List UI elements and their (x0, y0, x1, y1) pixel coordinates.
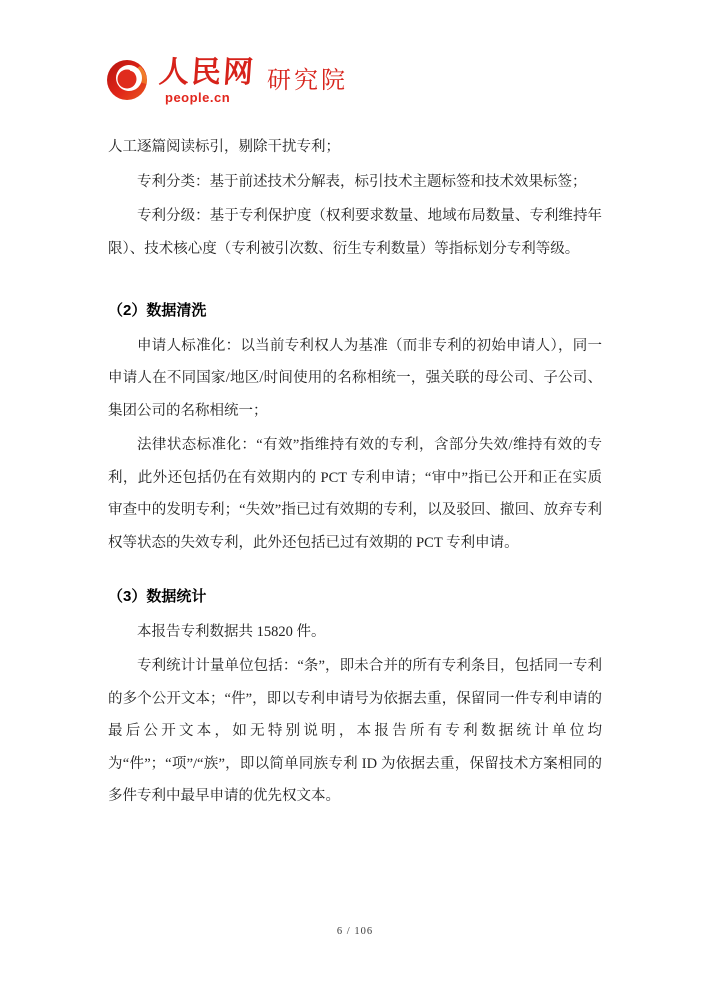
paragraph-legal-status-normalization: 法律状态标准化：“有效”指维持有效的专利，含部分失效/维持有效的专利，此外还包括… (108, 429, 602, 559)
paragraph-patent-classification: 专利分类：基于前述技术分解表，标引技术主题标签和技术效果标签； (108, 166, 602, 199)
people-cn-swirl-icon (106, 56, 152, 104)
paragraph-counting-units: 专利统计计量单位包括：“条”，即未合并的所有专利条目，包括同一专利的多个公开文本… (108, 650, 602, 813)
people-cn-logo: 人民网 people.cn 研究院 (106, 56, 348, 105)
brand-domain: people.cn (165, 90, 230, 105)
document-page: 人民网 people.cn 研究院 人工逐篇阅读标引，剔除干扰专利； 专利分类：… (0, 0, 710, 1004)
paragraph-applicant-normalization: 申请人标准化：以当前专利权人为基准（而非专利的初始申请人），同一申请人在不同国家… (108, 330, 602, 428)
page-number-indicator: 6 / 106 (0, 926, 710, 937)
document-body: 人工逐篇阅读标引，剔除干扰专利； 专利分类：基于前述技术分解表，标引技术主题标签… (108, 131, 602, 815)
paragraph-continuation: 人工逐篇阅读标引，剔除干扰专利； (108, 131, 602, 164)
section-heading-data-cleaning: （2）数据清洗 (108, 295, 602, 328)
section-heading-data-statistics: （3）数据统计 (108, 581, 602, 614)
paragraph-patent-total: 本报告专利数据共 15820 件。 (108, 616, 602, 649)
paragraph-patent-grading: 专利分级：基于专利保护度（权利要求数量、地域布局数量、专利维持年限）、技术核心度… (108, 200, 602, 265)
brand-org-suffix: 研究院 (267, 69, 348, 93)
brand-name: 人民网 (158, 56, 256, 89)
